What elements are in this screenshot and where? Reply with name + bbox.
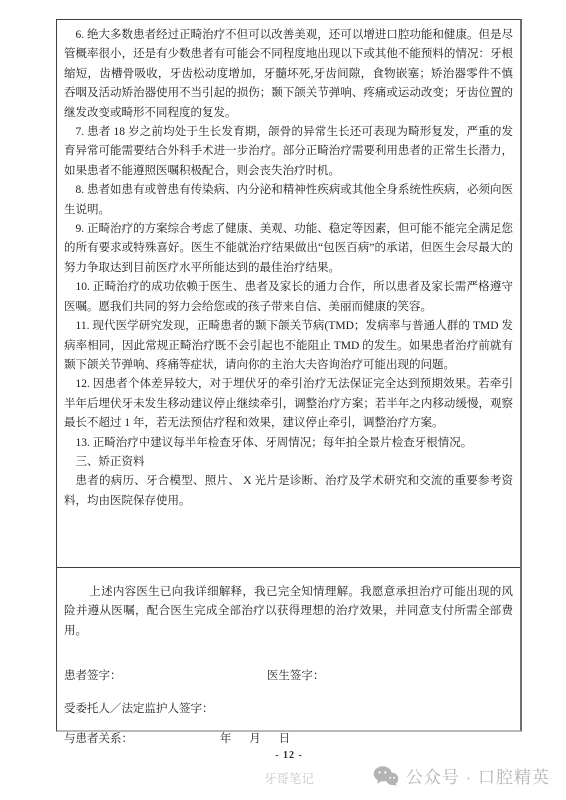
wechat-watermark: 公众号 · 口腔精英 [373, 763, 550, 788]
clause-10: 10. 正畸治疗的成功依赖于医生、患者及家长的通力合作，所以患者及家长需严格遵守… [64, 278, 513, 317]
doctor-signature-label: 医生签字： [267, 670, 325, 682]
consent-statement: 上述内容医生已向我详细解释，我已完全知情理解。我愿意承担治疗可能出现的风险并遵从… [64, 568, 513, 641]
wechat-watermark-text: 公众号 · 口腔精英 [406, 763, 550, 788]
section-heading-records: 三、矫正资料 [64, 453, 513, 472]
signature-row-relation-date: 与患者关系： 年 月 日 [64, 730, 513, 749]
wechat-icon [373, 765, 399, 787]
clause-13: 13. 正畸治疗中建议每半年检查牙体、牙周情况；每年拍全景片检查牙根情况。 [64, 434, 513, 453]
document-border-frame: 6. 绝大多数患者经过正畸治疗不但可以改善美观，还可以增进口腔功能和健康。但是尽… [56, 19, 522, 732]
date-day-label: 日 [279, 730, 291, 749]
signature-row-patient-doctor: 患者签字： 医生签字： [64, 667, 513, 686]
date-year-label: 年 [220, 730, 232, 749]
clause-8: 8. 患者如患有或曾患有传染病、内分泌和精神性疾病或其他全身系统性疾病，必须向医… [64, 181, 513, 220]
clause-7: 7. 患者 18 岁之前均处于生长发育期，颌骨的异常生长还可表现为畸形复发，严重… [64, 123, 513, 181]
relation-label: 与患者关系： [64, 730, 217, 749]
records-paragraph: 患者的病历、牙合模型、照片、 X 光片是诊断、治疗及学术研究和交流的重要参考资料… [64, 472, 513, 511]
consent-clauses-section: 6. 绝大多数患者经过正畸治疗不但可以改善美观，还可以增进口腔功能和健康。但是尽… [57, 20, 520, 567]
clause-9: 9. 正畸治疗的方案综合考虑了健康、美观、功能、稳定等因素，但可能不能完全满足您… [64, 220, 513, 278]
consent-signature-section: 上述内容医生已向我详细解释，我已完全知情理解。我愿意承担治疗可能出现的风险并遵从… [57, 568, 520, 729]
clause-11: 11. 现代医学研究发现，正畸患者的颞下颌关节病(TMD；发病率与普通人群的 T… [64, 317, 513, 375]
signature-row-guardian: 受委托人／法定监护人签字： [64, 700, 513, 719]
guardian-signature-label: 受委托人／法定监护人签字： [64, 703, 214, 715]
patient-signature-label: 患者签字： [64, 667, 264, 686]
page-number: - 12 - [56, 750, 522, 761]
clause-12: 12. 因患者个体差异较大，对于埋伏牙的牵引治疗无法保证完全达到预期效果。若牵引… [64, 375, 513, 433]
scanned-document-page: 6. 绝大多数患者经过正畸治疗不但可以改善美观，还可以增进口腔功能和健康。但是尽… [0, 0, 566, 800]
date-month-label: 月 [249, 730, 261, 749]
clause-6: 6. 绝大多数患者经过正畸治疗不但可以改善美观，还可以增进口腔功能和健康。但是尽… [64, 26, 513, 123]
